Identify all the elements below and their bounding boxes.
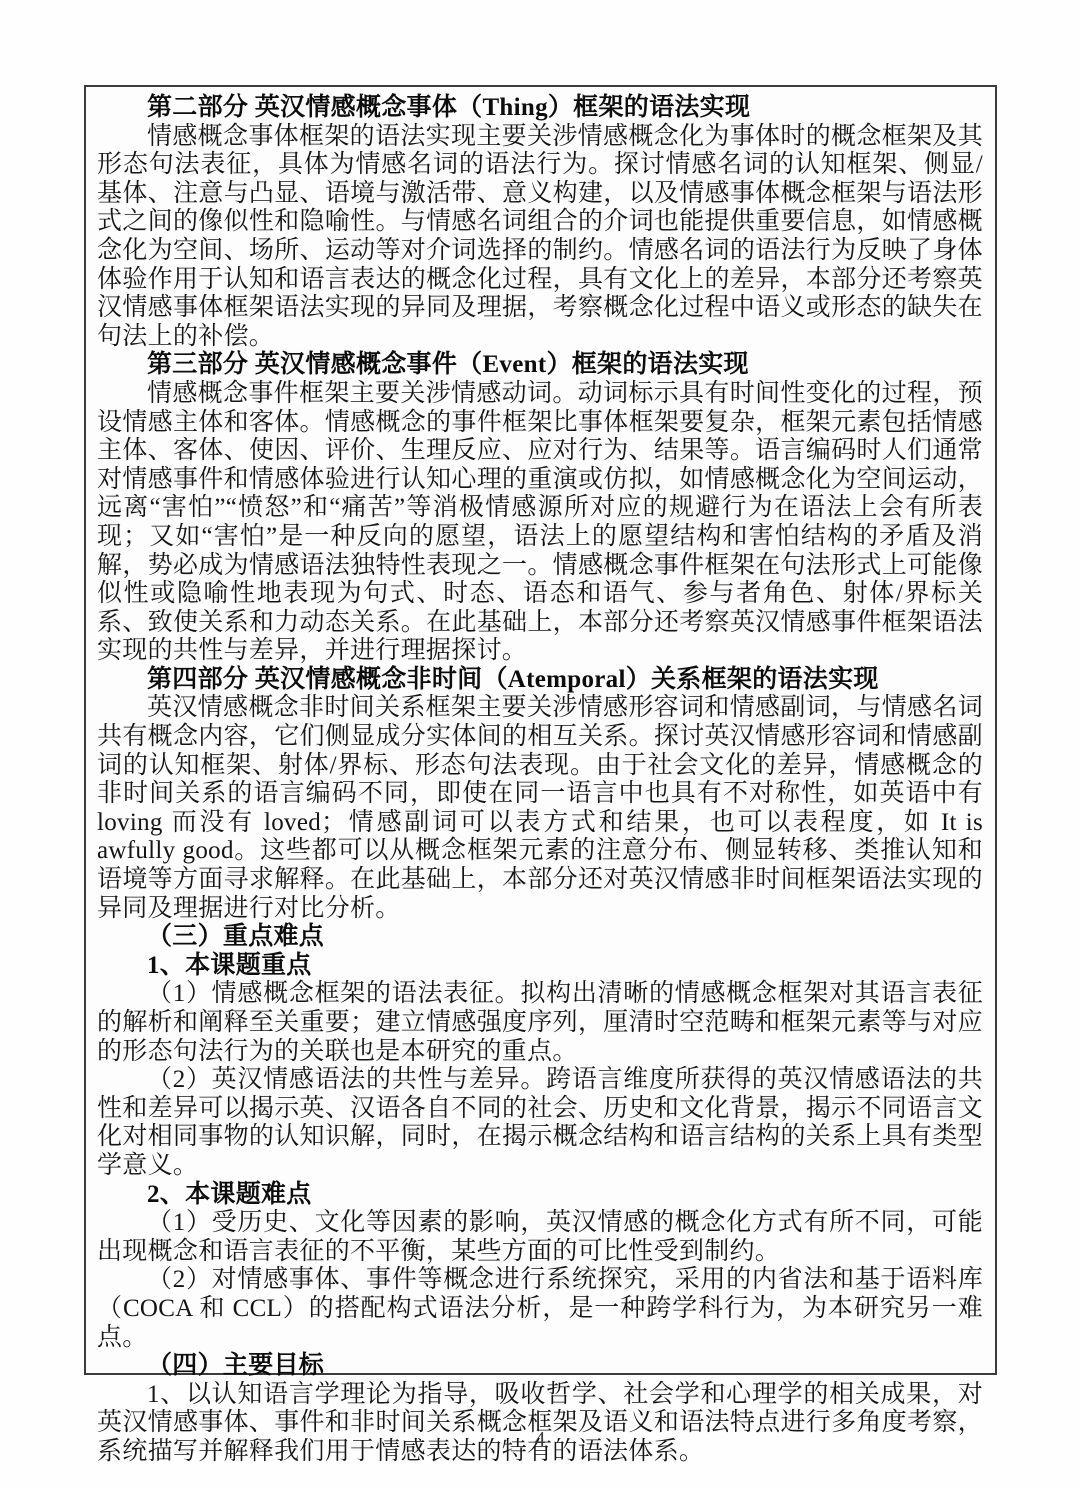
section-heading-goals: （四）主要目标 bbox=[97, 1352, 983, 1381]
section-heading-keypoints: （三）重点难点 bbox=[97, 923, 983, 952]
paragraph-difficulty-item1: （1）受历史、文化等因素的影响，英汉情感的概念化方式有所不同，可能出现概念和语言… bbox=[97, 1209, 983, 1266]
paragraph-focus-item1: （1）情感概念框架的语法表征。拟构出清晰的情感概念框架对其语言表征的解析和阐释至… bbox=[97, 980, 983, 1066]
subheading-topic-difficulty: 2、本课题难点 bbox=[97, 1181, 983, 1210]
page-number: 4 bbox=[0, 1427, 1080, 1452]
section-heading-part4: 第四部分 英汉情感概念非时间（Atemporal）关系框架的语法实现 bbox=[97, 666, 983, 695]
paragraph-part4-body: 英汉情感概念非时间关系框架主要关涉情感形容词和情感副词，与情感名词共有概念内容，… bbox=[97, 694, 983, 923]
paragraph-part3-body: 情感概念事件框架主要关涉情感动词。动词标示具有时间性变化的过程，预设情感主体和客… bbox=[97, 380, 983, 666]
section-heading-part3: 第三部分 英汉情感概念事件（Event）框架的语法实现 bbox=[97, 351, 983, 380]
scanned-document-page: 第二部分 英汉情感概念事体（Thing）框架的语法实现 情感概念事体框架的语法实… bbox=[0, 0, 1080, 1488]
section-heading-part2: 第二部分 英汉情感概念事体（Thing）框架的语法实现 bbox=[97, 94, 983, 123]
paragraph-focus-item2: （2）英汉情感语法的共性与差异。跨语言维度所获得的英汉情感语法的共性和差异可以揭… bbox=[97, 1066, 983, 1180]
subheading-topic-focus: 1、本课题重点 bbox=[97, 952, 983, 981]
document-text-frame: 第二部分 英汉情感概念事体（Thing）框架的语法实现 情感概念事体框架的语法实… bbox=[84, 85, 997, 1375]
paragraph-goals-item1: 1、以认知语言学理论为指导，吸收哲学、社会学和心理学的相关成果，对英汉情感事体、… bbox=[97, 1381, 983, 1467]
paragraph-difficulty-item2: （2）对情感事体、事件等概念进行系统探究，采用的内省法和基于语料库（COCA 和… bbox=[97, 1266, 983, 1352]
paragraph-part2-body: 情感概念事体框架的语法实现主要关涉情感概念化为事体时的概念框架及其形态句法表征，… bbox=[97, 123, 983, 352]
